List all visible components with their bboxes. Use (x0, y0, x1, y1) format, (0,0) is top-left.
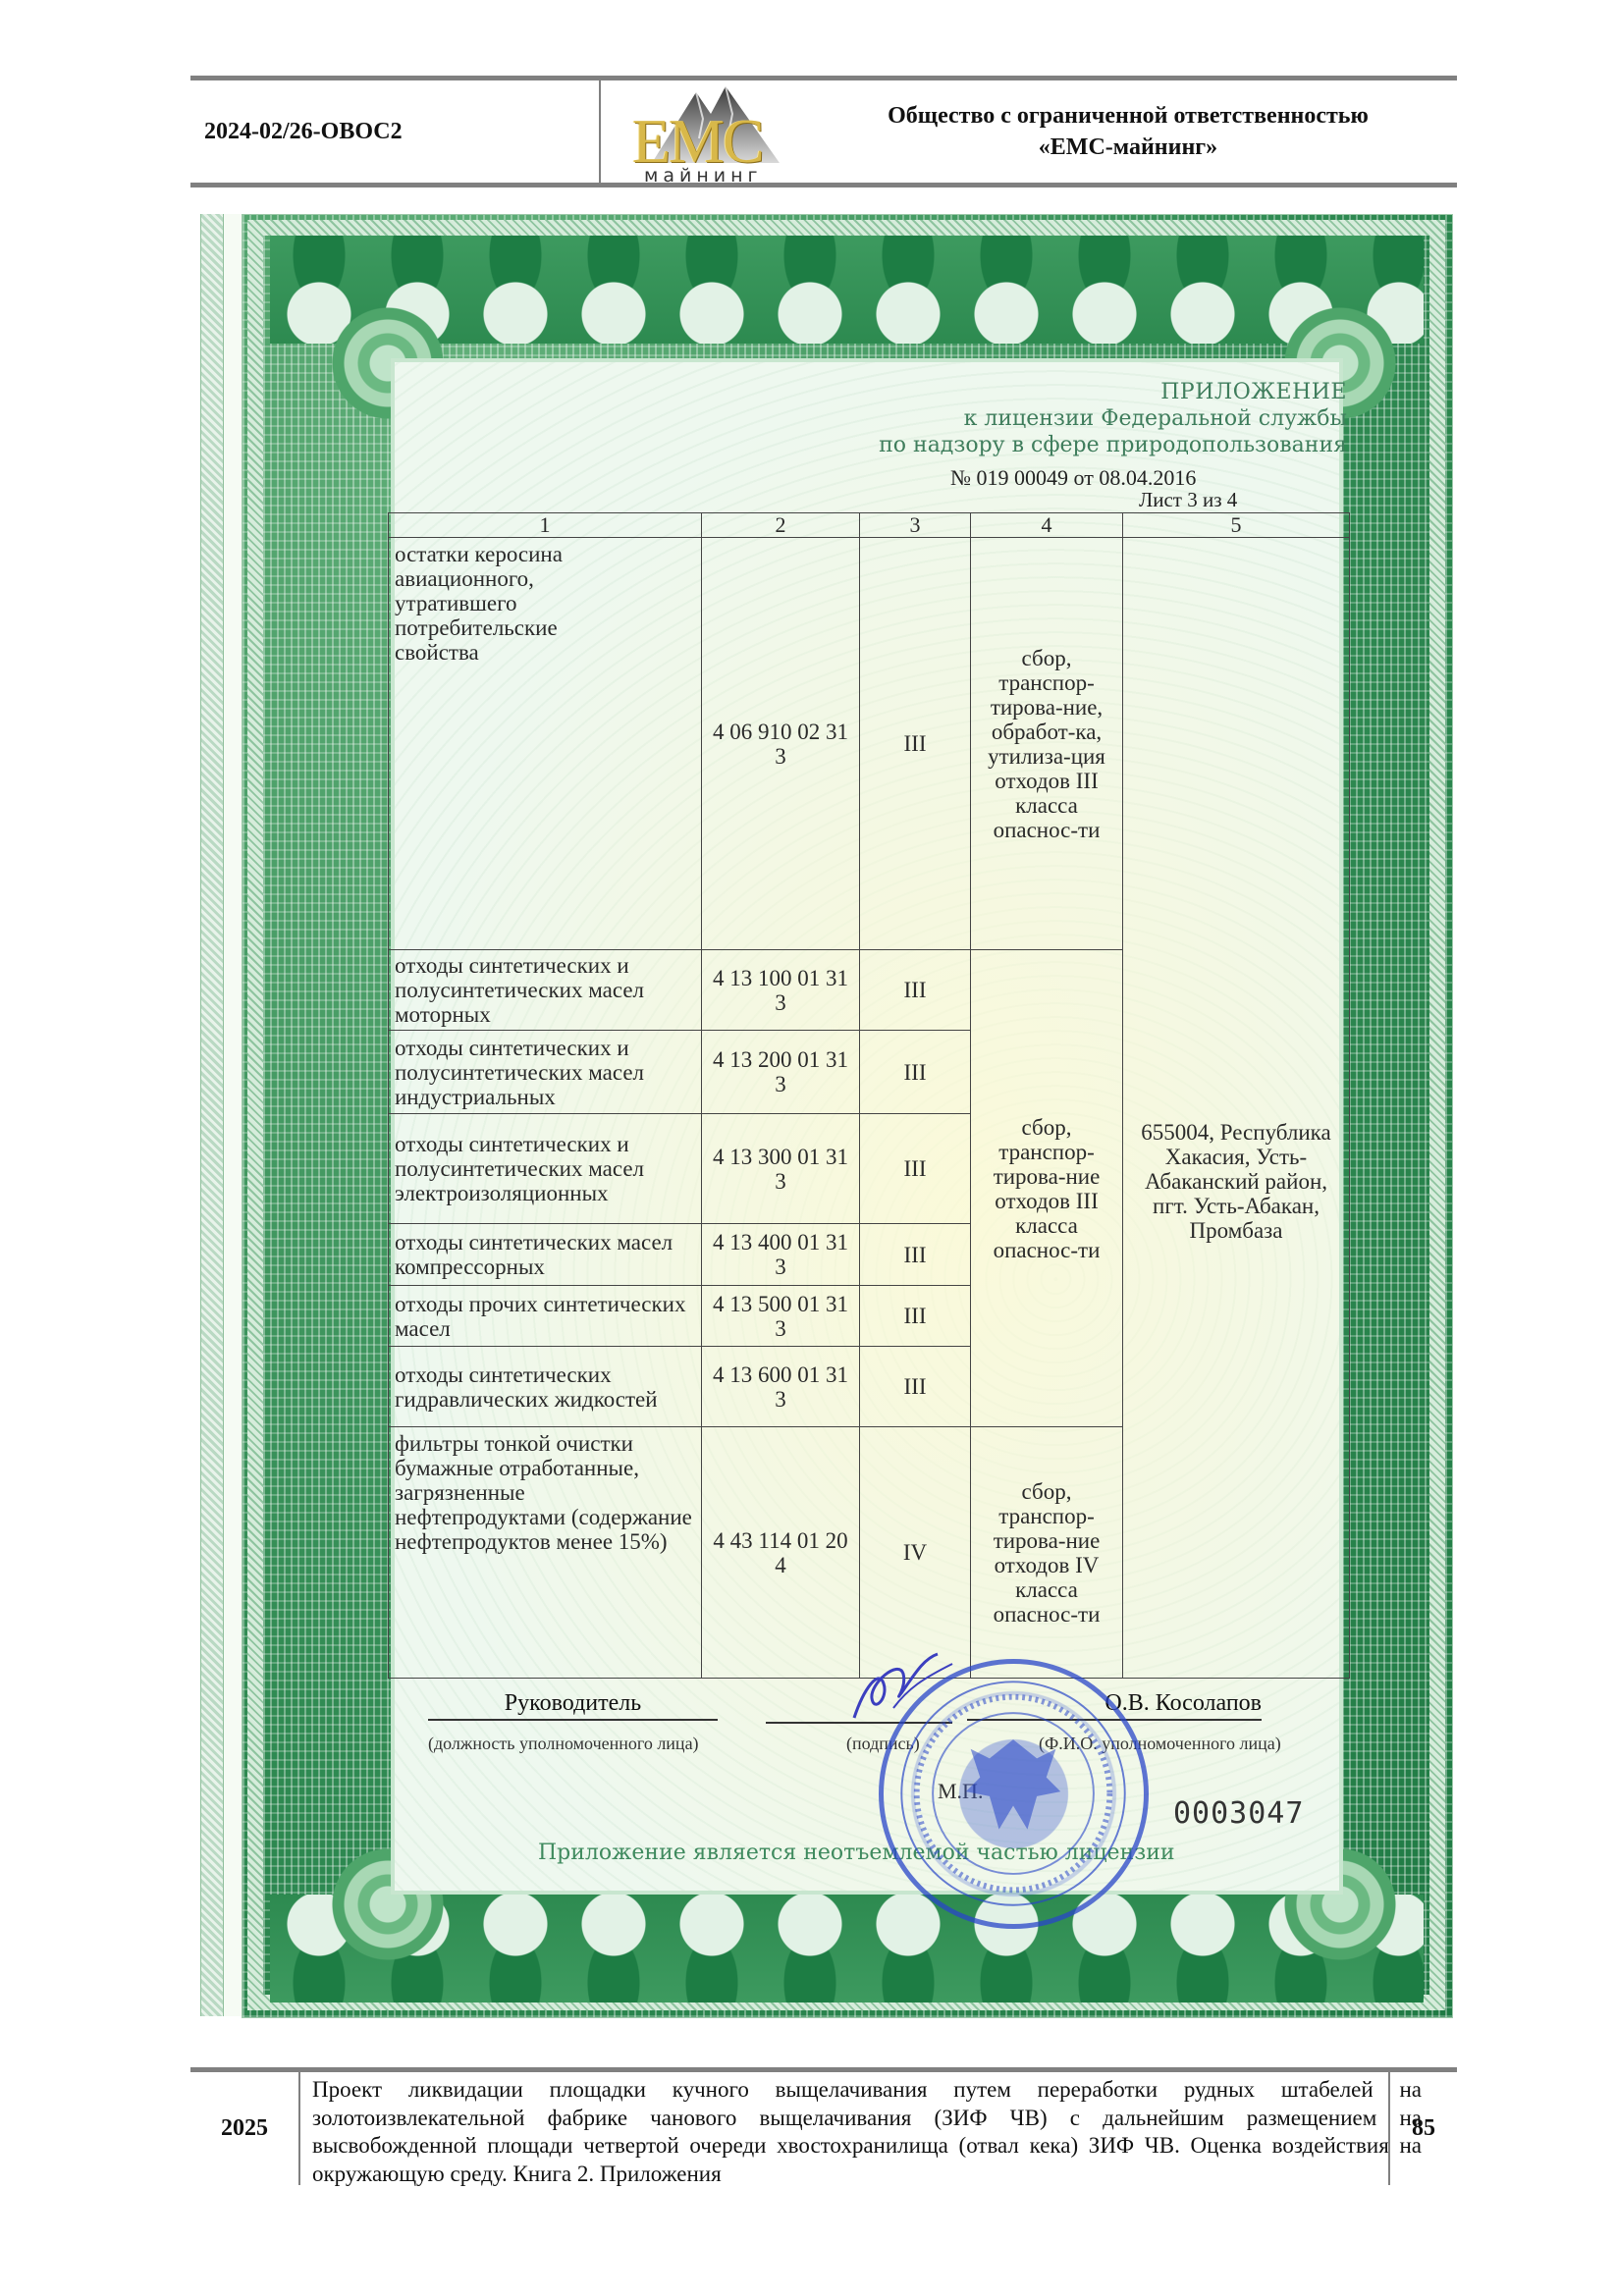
column-header: 2 (702, 513, 860, 538)
page-header: 2024-02/26-ОВОС2 EMC майнинг Общество с … (190, 76, 1457, 187)
certificate-edge-strip (200, 214, 224, 2016)
hazard-class: III (860, 950, 971, 1031)
official-seal-icon (879, 1659, 1149, 1929)
page-number: 85 (1388, 2072, 1457, 2185)
table-header-row: 1 2 3 4 5 (389, 513, 1350, 538)
caption-position: (должность уполномоченного лица) (428, 1734, 699, 1754)
column-header: 4 (971, 513, 1123, 538)
appendix-title: ПРИЛОЖЕНИЕ (879, 379, 1347, 405)
hazard-class: III (860, 1224, 971, 1286)
company-logo: EMC майнинг (613, 80, 799, 183)
waste-code: 4 13 600 01 31 3 (702, 1347, 860, 1427)
company-name: Общество с ограниченной ответственностью… (799, 80, 1457, 183)
appendix-subtitle-line2: по надзору в сфере природопользования (879, 432, 1347, 458)
facility-address: 655004, Республика Хакасия, Усть-Абаканс… (1123, 538, 1350, 1679)
waste-name: фильтры тонкой очистки бумажные отработа… (389, 1427, 702, 1679)
logo-text: EMC (632, 110, 763, 173)
waste-name: отходы синтетических и полусинтетических… (389, 1031, 702, 1114)
appendix-heading: ПРИЛОЖЕНИЕ к лицензии Федеральной службы… (879, 379, 1347, 458)
activity-type: сбор, транспор-тирова-ние отходов IV кла… (971, 1427, 1123, 1679)
hazard-class: III (860, 1114, 971, 1224)
activity-type: сбор, транспор-тирова-ние, обработ-ка, у… (971, 538, 1123, 950)
form-serial-number: 0003047 (1173, 1796, 1304, 1831)
page-footer: 2025 Проект ликвидации площадки кучного … (190, 2067, 1457, 2185)
column-header: 3 (860, 513, 971, 538)
column-header: 1 (389, 513, 702, 538)
waste-name: отходы синтетических и полусинтетических… (389, 1114, 702, 1224)
hazard-class: III (860, 1347, 971, 1427)
waste-code: 4 43 114 01 20 4 (702, 1427, 860, 1679)
waste-code: 4 13 500 01 31 3 (702, 1286, 860, 1347)
waste-name: отходы синтетических и полусинтетических… (389, 950, 702, 1031)
hazard-class: III (860, 1031, 971, 1114)
hazard-class: IV (860, 1427, 971, 1679)
waste-name: отходы синтетических масел компрессорных (389, 1224, 702, 1286)
company-name-line1: Общество с ограниченной ответственностью (888, 100, 1369, 132)
sheet-number: Лист 3 из 4 (1139, 488, 1237, 512)
waste-code: 4 13 200 01 31 3 (702, 1031, 860, 1114)
waste-code: 4 06 910 02 31 3 (702, 538, 860, 950)
footer-year: 2025 (190, 2072, 300, 2185)
waste-code: 4 13 100 01 31 3 (702, 950, 860, 1031)
waste-code: 4 13 400 01 31 3 (702, 1224, 860, 1286)
waste-name: остатки керосина авиационного, утративше… (389, 538, 702, 950)
footer-project-title: Проект ликвидации площадки кучного выщел… (312, 2076, 1422, 2188)
waste-code: 4 13 300 01 31 3 (702, 1114, 860, 1224)
waste-license-table: 1 2 3 4 5 остатки керосина авиационного,… (388, 512, 1350, 1679)
hazard-class: III (860, 538, 971, 950)
company-name-line2: «ЕМС-майнинг» (1039, 132, 1217, 163)
logo-subtext: майнинг (644, 165, 763, 187)
activity-type: сбор, транспор-тирова-ние отходов III кл… (971, 950, 1123, 1427)
document-code: 2024-02/26-ОВОС2 (190, 80, 601, 183)
column-header: 5 (1123, 513, 1350, 538)
appendix-subtitle-line1: к лицензии Федеральной службы (879, 405, 1347, 432)
table-row: остатки керосина авиационного, утративше… (389, 538, 1350, 950)
waste-name: отходы прочих синтетических масел (389, 1286, 702, 1347)
waste-name: отходы синтетических гидравлических жидк… (389, 1347, 702, 1427)
hazard-class: III (860, 1286, 971, 1347)
signatory-position: Руководитель (428, 1690, 718, 1721)
